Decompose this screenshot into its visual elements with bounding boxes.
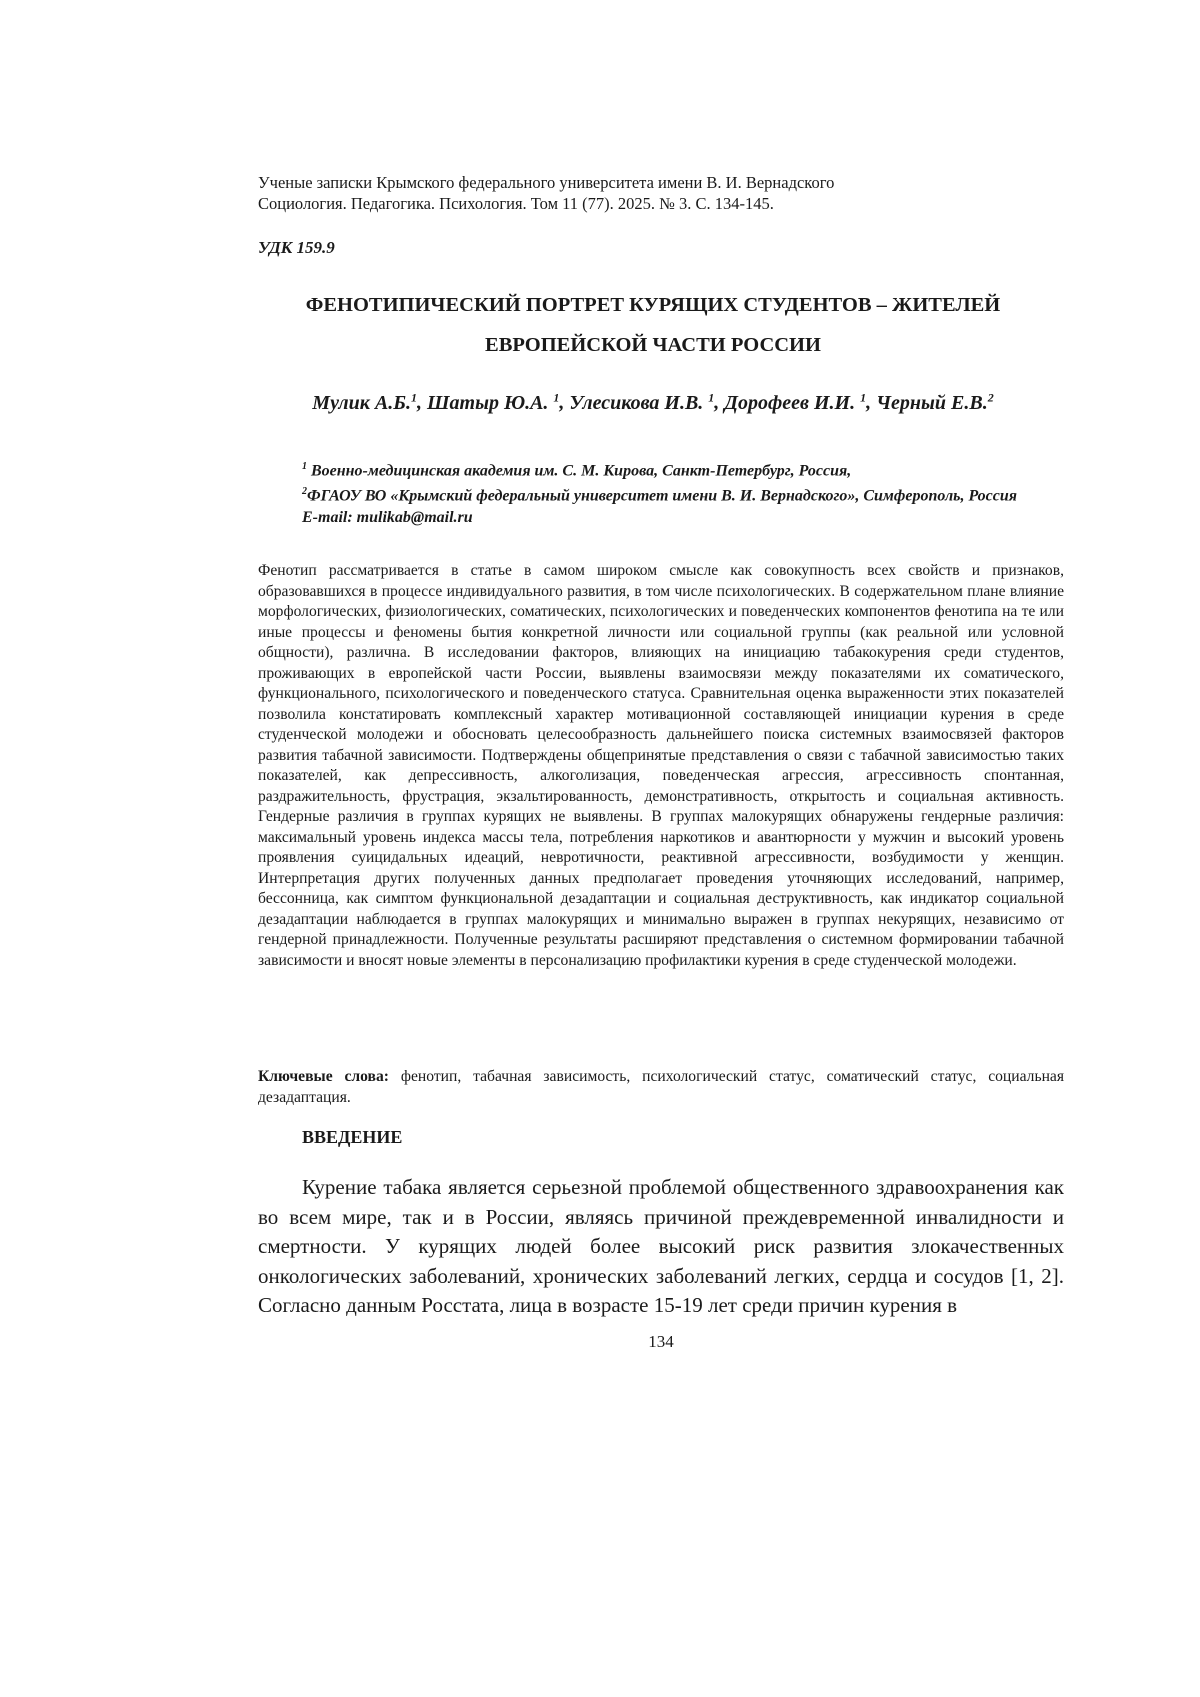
contact-email: E-mail: mulikab@mail.ru [302, 507, 1062, 528]
author: Дорофеев И.И. 1 [724, 392, 866, 414]
keywords-label: Ключевые слова: [258, 1068, 389, 1085]
author: Мулик А.Б.1 [312, 392, 417, 414]
udk-code: УДК 159.9 [258, 238, 335, 258]
author: Шатыр Ю.А. 1 [427, 392, 559, 414]
author: Улесикова И.В. 1 [569, 392, 714, 414]
document-page: Ученые записки Крымского федерального ун… [0, 0, 1200, 1697]
journal-name: Ученые записки Крымского федерального ун… [258, 172, 1018, 193]
section-heading: ВВЕДЕНИЕ [302, 1127, 402, 1148]
keywords: Ключевые слова: фенотип, табачная зависи… [258, 1067, 1064, 1108]
affiliation-2: 2ФГАОУ ВО «Крымский федеральный универси… [302, 481, 1062, 506]
journal-issue: Социология. Педагогика. Психология. Том … [258, 193, 1018, 214]
intro-paragraph: Курение табака является серьезной пробле… [258, 1173, 1064, 1321]
affiliation-1: 1 Военно-медицинская академия им. С. М. … [302, 456, 1062, 481]
author-list: Мулик А.Б.1, Шатыр Ю.А. 1, Улесикова И.В… [258, 390, 1048, 415]
author: Черный Е.В.2 [876, 392, 994, 414]
page-number: 134 [0, 1332, 1200, 1352]
journal-header: Ученые записки Крымского федерального ун… [258, 172, 1018, 214]
abstract: Фенотип рассматривается в статье в самом… [258, 561, 1064, 971]
article-title: ФЕНОТИПИЧЕСКИЙ ПОРТРЕТ КУРЯЩИХ СТУДЕНТОВ… [258, 285, 1048, 365]
affiliations: 1 Военно-медицинская академия им. С. М. … [302, 456, 1062, 528]
